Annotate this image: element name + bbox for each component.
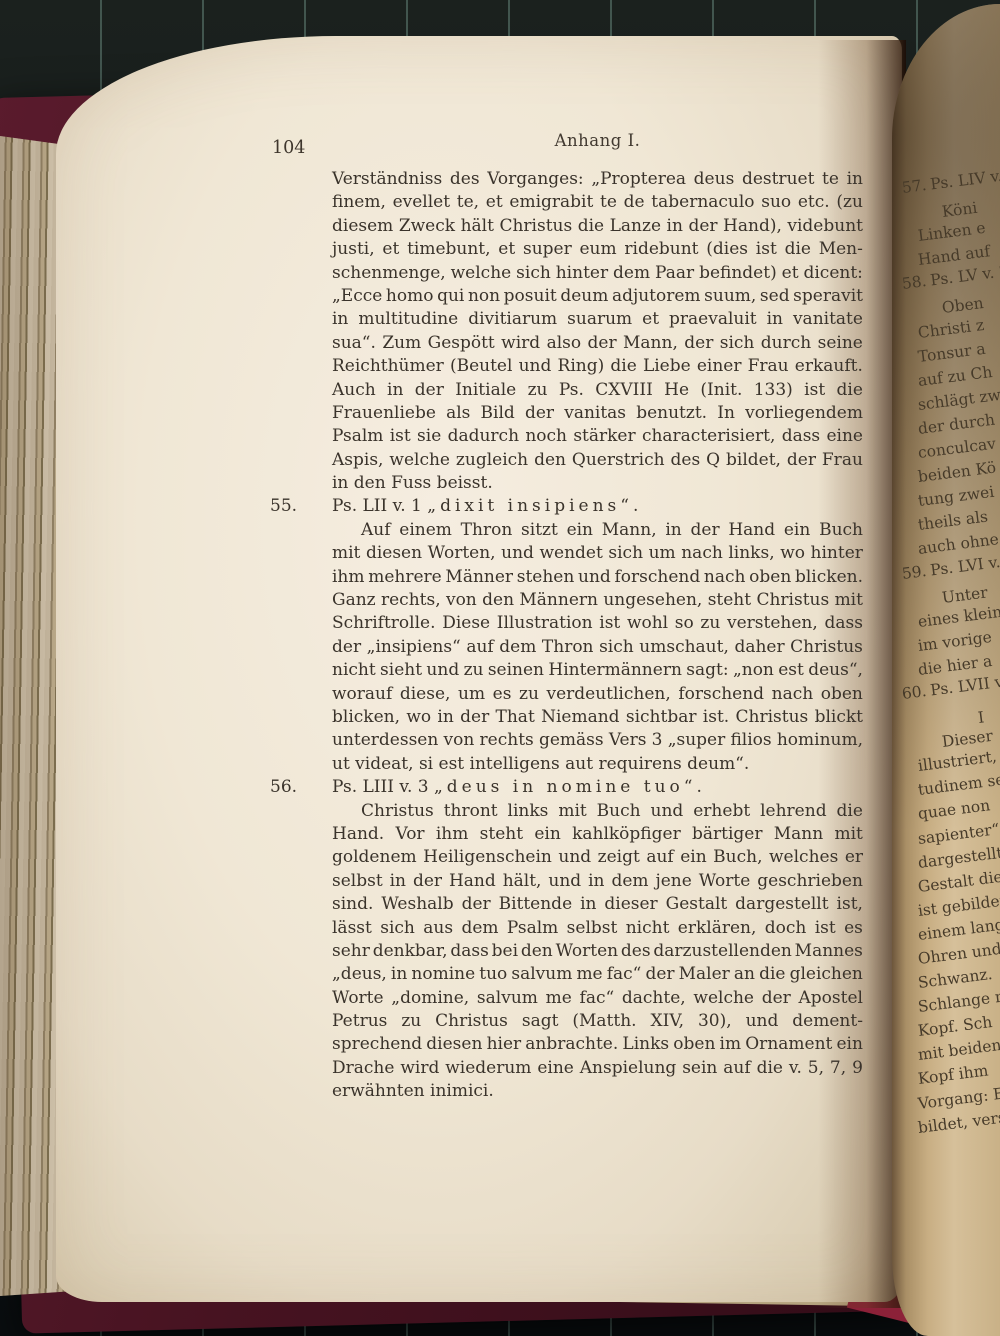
- text-line: goldenemHeiligenscheinundzeigtaufeinBuch…: [332, 846, 863, 869]
- text-line: sua“.ZumGespöttwirdalsoderMann,dersichdu…: [332, 332, 863, 355]
- text-line: in den Fuss beisst.: [332, 472, 863, 495]
- text-line: finem,evellette,etemigrabittedetabernacu…: [332, 191, 863, 214]
- text-line: VerständnissdesVorganges:„Proptereadeusd…: [332, 168, 863, 191]
- text-line: DrachewirdwiederumeineAnspielungseinaufd…: [332, 1057, 863, 1080]
- text-line: sehrdenkbar,dassbeidenWortendesdarzustel…: [332, 940, 863, 963]
- text-line: sprechenddiesenhieranbrachte.Linksobenim…: [332, 1033, 863, 1056]
- text-line: nichtsiehtundzuseinenHintermännernsagt:„…: [332, 659, 863, 682]
- text-line: ChristusthrontlinksmitBuchunderhebtlehre…: [361, 800, 863, 823]
- book-photograph: 104 Anhang I. VerständnissdesVorganges:„…: [0, 0, 1000, 1336]
- text-line: FrauenliebealsBilddervanitasbenutzt.Invo…: [332, 402, 863, 425]
- text-line: inmultitudinedivitiarumsuarumetpraevalui…: [332, 308, 863, 331]
- text-line: Ganzrechts,vondenMännernungesehen,stehtC…: [332, 589, 863, 612]
- entry-heading: 56.Ps. LIII v. 3 „deus in nomine tuo“.: [332, 776, 863, 799]
- running-header: Anhang I.: [332, 131, 863, 150]
- text-line: der„insipiens“aufdemThronsichumschaut,da…: [332, 636, 863, 659]
- text-line: Worte„domine,salvummefac“dachte,welchede…: [332, 987, 863, 1010]
- text-line: selbstinderHandhält,undindemjeneWorteges…: [332, 870, 863, 893]
- text-line: Psalmistsiedadurchnochstärkercharacteris…: [332, 425, 863, 448]
- left-page-lines: VerständnissdesVorganges:„Proptereadeusd…: [332, 168, 863, 1104]
- text-line: AufeinemThronsitzteinMann,inderHandeinBu…: [361, 519, 863, 542]
- text-line: „Eccehomoquinonposuitdeumadjutoremsuum,s…: [332, 285, 863, 308]
- text-line: „deus,innominetuosalvummefac“derMalerand…: [332, 963, 863, 986]
- text-line: sind.WeshalbderBittendeindieserGestaltda…: [332, 893, 863, 916]
- text-line: blicken,woinderThatNiemandsichtbarist.Ch…: [332, 706, 863, 729]
- text-line: ut videat, si est intelligens aut requir…: [332, 753, 863, 776]
- text-line: Hand.VorihmstehteinkahlköpfigerbärtigerM…: [332, 823, 863, 846]
- text-line: justi,ettimebunt,etsupereumridebunt(dies…: [332, 238, 863, 261]
- text-line: ihmmehrereMännerstehenundforschendnachob…: [332, 566, 863, 589]
- text-line: Reichthümer(BeutelundRing)dieLiebeeinerF…: [332, 355, 863, 378]
- text-line: PetruszuChristussagt(Matth.XIV,30),undde…: [332, 1010, 863, 1033]
- text-line: woraufdiese,umeszuverdeutlichen,forschen…: [332, 683, 863, 706]
- text-line: AuchinderInitialezuPs.CXVIIIHe(Init.133)…: [332, 379, 863, 402]
- text-line: diesemZweckhältChristusdieLanzeinderHand…: [332, 215, 863, 238]
- entry-heading: 55.Ps. LII v. 1 „dixit insipiens“.: [332, 495, 863, 518]
- text-line: lässtsichausdemPsalmselbstnichterklären,…: [332, 917, 863, 940]
- text-line: Aspis,welchezugleichdenQuerstrichdesQbil…: [332, 449, 863, 472]
- text-line: Schriftrolle.DieseIllustrationistwohlsoz…: [332, 612, 863, 635]
- text-line: erwähnten inimici.: [332, 1080, 863, 1103]
- text-line: schenmenge,welchesichhinterdemPaarbefind…: [332, 262, 863, 285]
- right-page-lines: 57.Ps. LIV v.KöniLinken eHand auf58.Ps. …: [914, 176, 1000, 1140]
- text-line: mitdiesenWorten,undwendetsichumnachlinks…: [332, 542, 863, 565]
- page-number: 104: [272, 138, 305, 158]
- text-line: unterdessenvonrechtsgemässVers3„superfil…: [332, 729, 863, 752]
